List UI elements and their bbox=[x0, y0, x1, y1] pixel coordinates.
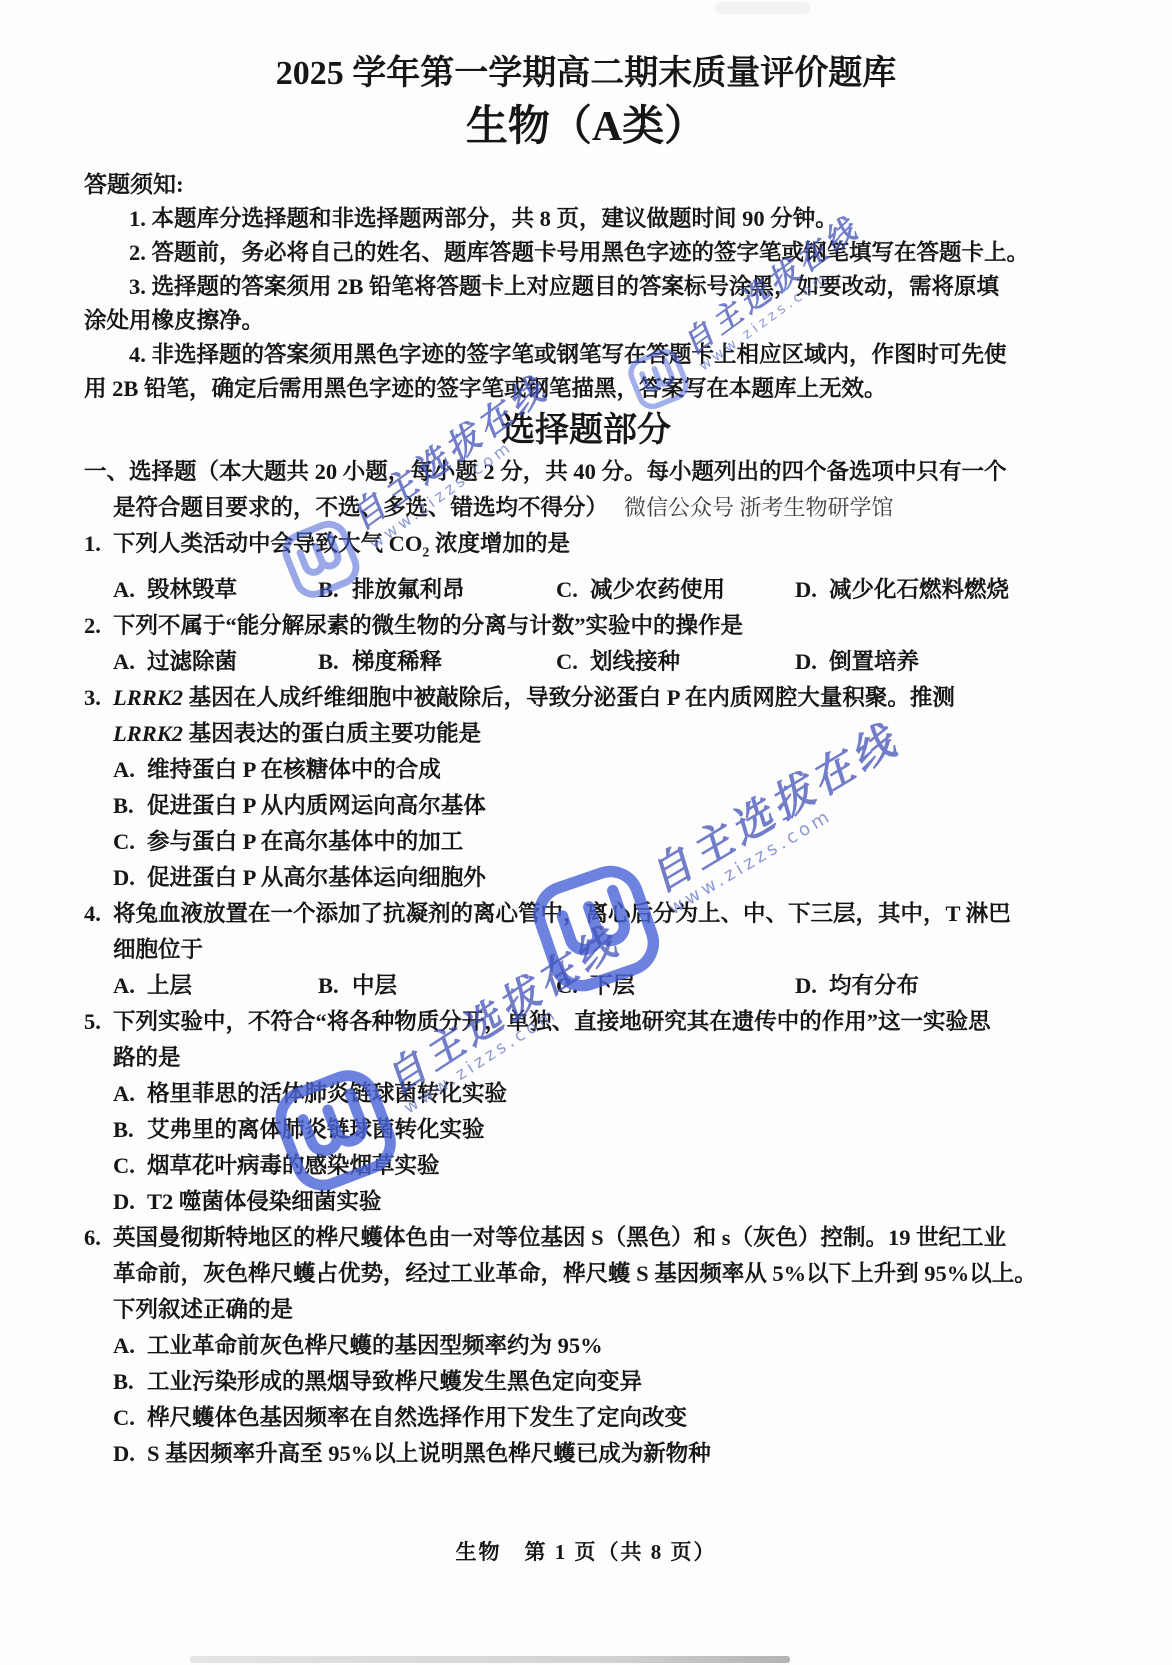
option-label: D. bbox=[795, 968, 829, 1004]
question-stem: 1.下列人类活动中会导致大气 CO2 浓度增加的是 bbox=[84, 526, 1112, 572]
option: B.艾弗里的离体肺炎链球菌转化实验 bbox=[84, 1112, 1112, 1148]
option-text: S 基因频率升高至 95%以上说明黑色桦尺蠖已成为新物种 bbox=[147, 1441, 711, 1466]
notice-line: 用 2B 铅笔，确定后需用黑色字迹的签字笔或钢笔描黑，答案写在本题库上无效。 bbox=[84, 372, 1102, 406]
option-label: A. bbox=[113, 1076, 147, 1112]
notice-line: 3. 选择题的答案须用 2B 铅笔将答题卡上对应题目的答案标号涂黑，如要改动，需… bbox=[84, 270, 1102, 304]
option-label: A. bbox=[113, 572, 147, 608]
option: D.T2 噬菌体侵染细菌实验 bbox=[84, 1184, 1112, 1220]
option-label: C. bbox=[556, 968, 590, 1004]
question-number: 3. bbox=[84, 680, 113, 716]
option-label: A. bbox=[113, 644, 147, 680]
option: A.维持蛋白 P 在核糖体中的合成 bbox=[84, 752, 1112, 788]
options-row: A.上层B.中层C.下层D.均有分布 bbox=[113, 968, 1112, 1004]
exam-paper-page: 2025 学年第一学期高二期末质量评价题库 生物（A类） 答题须知: 1. 本题… bbox=[0, 0, 1172, 1665]
scan-edge-strip bbox=[190, 1656, 790, 1663]
question-number: 5. bbox=[84, 1004, 113, 1040]
exam-title: 2025 学年第一学期高二期末质量评价题库 bbox=[0, 0, 1172, 96]
option-label: B. bbox=[318, 644, 352, 680]
option: B.工业污染形成的黑烟导致桦尺蠖发生黑色定向变异 bbox=[84, 1364, 1112, 1400]
option-text: 排放氟利昂 bbox=[352, 577, 465, 602]
question-stem-continuation: 下列叙述正确的是 bbox=[84, 1292, 1112, 1328]
option-text: 毁林毁草 bbox=[147, 577, 237, 602]
option-text: 中层 bbox=[352, 973, 397, 998]
option-text: 格里菲思的活体肺炎链球菌转化实验 bbox=[147, 1081, 507, 1106]
option-label: C. bbox=[556, 644, 590, 680]
option-label: C. bbox=[113, 1400, 147, 1436]
option-text: 倒置培养 bbox=[829, 649, 919, 674]
option-label: A. bbox=[113, 752, 147, 788]
option: D.促进蛋白 P 从高尔基体运向细胞外 bbox=[84, 860, 1112, 896]
option: B.梯度稀释 bbox=[318, 644, 556, 680]
option-label: B. bbox=[318, 968, 352, 1004]
option-label: D. bbox=[795, 572, 829, 608]
option: A.过滤除菌 bbox=[113, 644, 318, 680]
notice-line: 4. 非选择题的答案须用黑色字迹的签字笔或钢笔写在答题卡上相应区域内，作图时可先… bbox=[84, 338, 1102, 372]
option-text: 促进蛋白 P 从内质网运向高尔基体 bbox=[147, 793, 486, 818]
notice-line: 2. 答题前，务必将自己的姓名、题库答题卡号用黑色字迹的签字笔或钢笔填写在答题卡… bbox=[84, 236, 1102, 270]
option: B.排放氟利昂 bbox=[318, 572, 556, 608]
option: A.格里菲思的活体肺炎链球菌转化实验 bbox=[84, 1076, 1112, 1112]
option-text: 下层 bbox=[590, 973, 635, 998]
section-title: 选择题部分 bbox=[0, 408, 1172, 454]
option-text: 烟草花叶病毒的感染烟草实验 bbox=[147, 1153, 440, 1178]
option-label: C. bbox=[113, 824, 147, 860]
option-label: B. bbox=[113, 788, 147, 824]
notice-line: 1. 本题库分选择题和非选择题两部分，共 8 页，建议做题时间 90 分钟。 bbox=[84, 202, 1102, 236]
option-text: 梯度稀释 bbox=[352, 649, 442, 674]
notice-items: 1. 本题库分选择题和非选择题两部分，共 8 页，建议做题时间 90 分钟。2.… bbox=[0, 202, 1172, 406]
option: D.均有分布 bbox=[795, 968, 1112, 1004]
question: 6.英国曼彻斯特地区的桦尺蠖体色由一对等位基因 S（黑色）和 s（灰色）控制。1… bbox=[0, 1220, 1172, 1472]
option-text: 工业革命前灰色桦尺蠖的基因型频率约为 95% bbox=[147, 1333, 603, 1358]
option: C.烟草花叶病毒的感染烟草实验 bbox=[84, 1148, 1112, 1184]
option: C.减少农药使用 bbox=[556, 572, 795, 608]
option: C.参与蛋白 P 在高尔基体中的加工 bbox=[84, 824, 1112, 860]
option: D.S 基因频率升高至 95%以上说明黑色桦尺蠖已成为新物种 bbox=[84, 1436, 1112, 1472]
option-label: D. bbox=[795, 644, 829, 680]
option-label: C. bbox=[113, 1148, 147, 1184]
question-number: 2. bbox=[84, 608, 113, 644]
wechat-note: 微信公众号 浙考生物研学馆 bbox=[624, 495, 894, 520]
option-label: D. bbox=[113, 1436, 147, 1472]
question: 3.LRRK2 基因在人成纤维细胞中被敲除后，导致分泌蛋白 P 在内质网腔大量积… bbox=[0, 680, 1172, 896]
option-text: 均有分布 bbox=[829, 973, 919, 998]
option-label: A. bbox=[113, 968, 147, 1004]
option-text: 艾弗里的离体肺炎链球菌转化实验 bbox=[147, 1117, 485, 1142]
question-stem: 6.英国曼彻斯特地区的桦尺蠖体色由一对等位基因 S（黑色）和 s（灰色）控制。1… bbox=[84, 1220, 1112, 1256]
question-number: 6. bbox=[84, 1220, 113, 1256]
option-text: T2 噬菌体侵染细菌实验 bbox=[147, 1189, 381, 1214]
option: C.桦尺蠖体色基因频率在自然选择作用下发生了定向改变 bbox=[84, 1400, 1112, 1436]
section-intro-line2: 是符合题目要求的，不选、多选、错选均不得分）微信公众号 浙考生物研学馆 bbox=[84, 490, 1102, 526]
options-row: A.过滤除菌B.梯度稀释C.划线接种D.倒置培养 bbox=[113, 644, 1112, 680]
question-stem: 5.下列实验中，不符合“将各种物质分开，单独、直接地研究其在遗传中的作用”这一实… bbox=[84, 1004, 1112, 1040]
option-text: 划线接种 bbox=[590, 649, 680, 674]
option-label: B. bbox=[113, 1364, 147, 1400]
question-stem: 3.LRRK2 基因在人成纤维细胞中被敲除后，导致分泌蛋白 P 在内质网腔大量积… bbox=[84, 680, 1112, 716]
option: D.减少化石燃料燃烧 bbox=[795, 572, 1112, 608]
option-text: 过滤除菌 bbox=[147, 649, 237, 674]
question: 1.下列人类活动中会导致大气 CO2 浓度增加的是A.毁林毁草B.排放氟利昂C.… bbox=[0, 526, 1172, 608]
option: C.下层 bbox=[556, 968, 795, 1004]
question-stem-continuation: LRRK2 基因表达的蛋白质主要功能是 bbox=[84, 716, 1112, 752]
section-intro-line1: 一、选择题（本大题共 20 小题，每小题 2 分，共 40 分。每小题列出的四个… bbox=[84, 454, 1102, 490]
questions: 1.下列人类活动中会导致大气 CO2 浓度增加的是A.毁林毁草B.排放氟利昂C.… bbox=[0, 526, 1172, 1472]
option-label: D. bbox=[113, 1184, 147, 1220]
option-label: A. bbox=[113, 1328, 147, 1364]
option: B.中层 bbox=[318, 968, 556, 1004]
question-stem: 2.下列不属于“能分解尿素的微生物的分离与计数”实验中的操作是 bbox=[84, 608, 1112, 644]
notice-heading: 答题须知: bbox=[84, 168, 1102, 202]
option-label: D. bbox=[113, 860, 147, 896]
option: D.倒置培养 bbox=[795, 644, 1112, 680]
question: 2.下列不属于“能分解尿素的微生物的分离与计数”实验中的操作是A.过滤除菌B.梯… bbox=[0, 608, 1172, 680]
options-row: A.毁林毁草B.排放氟利昂C.减少农药使用D.减少化石燃料燃烧 bbox=[113, 572, 1112, 608]
question-number: 1. bbox=[84, 526, 113, 562]
section-intro-line2-text: 是符合题目要求的，不选、多选、错选均不得分） bbox=[113, 495, 608, 520]
option: A.工业革命前灰色桦尺蠖的基因型频率约为 95% bbox=[84, 1328, 1112, 1364]
question: 4.将兔血液放置在一个添加了抗凝剂的离心管中，离心后分为上、中、下三层，其中，T… bbox=[0, 896, 1172, 1004]
option-text: 参与蛋白 P 在高尔基体中的加工 bbox=[147, 829, 463, 854]
scan-smudge bbox=[715, 2, 810, 14]
option: A.上层 bbox=[113, 968, 318, 1004]
question-stem-continuation: 细胞位于 bbox=[84, 932, 1112, 968]
option-label: C. bbox=[556, 572, 590, 608]
page-footer: 生物 第 1 页（共 8 页） bbox=[0, 1536, 1172, 1566]
option-text: 促进蛋白 P 从高尔基体运向细胞外 bbox=[147, 865, 486, 890]
option-text: 维持蛋白 P 在核糖体中的合成 bbox=[147, 757, 441, 782]
option-text: 工业污染形成的黑烟导致桦尺蠖发生黑色定向变异 bbox=[147, 1369, 642, 1394]
notice-line: 涂处用橡皮擦净。 bbox=[84, 304, 1102, 338]
option-text: 桦尺蠖体色基因频率在自然选择作用下发生了定向改变 bbox=[147, 1405, 687, 1430]
option-label: B. bbox=[318, 572, 352, 608]
option-text: 减少化石燃料燃烧 bbox=[829, 577, 1009, 602]
question-stem-continuation: 路的是 bbox=[84, 1040, 1112, 1076]
question-stem: 4.将兔血液放置在一个添加了抗凝剂的离心管中，离心后分为上、中、下三层，其中，T… bbox=[84, 896, 1112, 932]
question-number: 4. bbox=[84, 896, 113, 932]
option: B.促进蛋白 P 从内质网运向高尔基体 bbox=[84, 788, 1112, 824]
option: C.划线接种 bbox=[556, 644, 795, 680]
option-label: B. bbox=[113, 1112, 147, 1148]
option: A.毁林毁草 bbox=[113, 572, 318, 608]
option-text: 上层 bbox=[147, 973, 192, 998]
question-stem-continuation: 革命前，灰色桦尺蠖占优势，经过工业革命，桦尺蠖 S 基因频率从 5%以下上升到 … bbox=[84, 1256, 1112, 1292]
exam-subject-title: 生物（A类） bbox=[0, 98, 1172, 156]
option-text: 减少农药使用 bbox=[590, 577, 725, 602]
question: 5.下列实验中，不符合“将各种物质分开，单独、直接地研究其在遗传中的作用”这一实… bbox=[0, 1004, 1172, 1220]
